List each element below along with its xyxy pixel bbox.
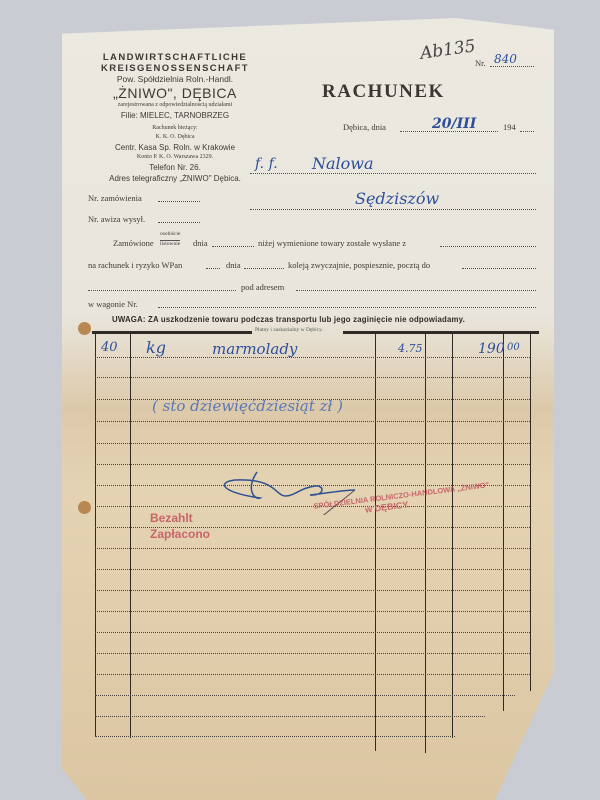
table-row-line [95, 736, 455, 737]
date-value: 20/III [432, 116, 476, 132]
item-total-zl: 190 [478, 341, 505, 357]
table-row-line [95, 569, 530, 570]
account-risk-field[interactable] [206, 268, 220, 269]
column-line-2 [130, 333, 131, 738]
central-bank: Centr. Kasa Sp. Roln. w Krakowie [80, 142, 270, 153]
amount-in-words: ( sto dziewięćdziesiąt zł ) [152, 397, 343, 415]
column-line-7 [530, 333, 531, 691]
paid-stamp-pl: Zapłacono [150, 527, 210, 541]
recipient-line-1 [250, 173, 536, 174]
ordered-label: Zamówione [113, 238, 154, 248]
table-row-line [95, 611, 530, 612]
number-label: Nr. [475, 58, 486, 68]
letterhead: LANDWIRTSCHAFTLICHE KREISGENOSSENSCHAFT … [80, 52, 270, 184]
org-registry: zarejestrowana z odpowiedzialnością udzi… [80, 101, 270, 110]
table-row-line [95, 421, 530, 422]
shipped-from-field[interactable] [440, 246, 536, 247]
table-row-line [95, 632, 530, 633]
org-name: „ŻNIWO", DĘBICA [80, 85, 270, 101]
table-row-line [95, 377, 530, 378]
table-row-line [95, 674, 530, 675]
destination-field[interactable] [462, 268, 536, 269]
rule-right [343, 331, 539, 334]
ordered-option-personally: osobiście [160, 231, 180, 237]
item-description: marmolady [212, 340, 297, 358]
column-line-3 [375, 333, 376, 751]
ordered-option-letter: listownie [160, 240, 180, 247]
org-line-1: LANDWIRTSCHAFTLICHE [80, 52, 270, 63]
document-title: RACHUNEK [322, 81, 445, 103]
order-number-label: Nr. zamówienia [88, 193, 142, 203]
account-label: Rachunek bieżący: [80, 124, 270, 133]
column-line-1 [95, 333, 96, 736]
advice-number-field[interactable] [158, 222, 200, 223]
recipient-prefix: f. f. [255, 156, 278, 172]
table-row-line [95, 716, 485, 717]
signature [215, 470, 365, 515]
recipient-name: Nalowa [312, 154, 374, 173]
year-prefix: 194 [503, 122, 516, 132]
org-branches: Filie: MIELEC, TARNOBRZEG [80, 110, 270, 121]
payable-note: Płatny i zaskarżalny w Dębicy. [255, 327, 323, 333]
paid-stamp-de: Bezahlt [150, 511, 193, 525]
pko-account: Konto P. K. O. Warszawa 2329. [80, 153, 270, 162]
table-row-line [95, 653, 530, 654]
table-row-line [95, 548, 530, 549]
item-price: 4.75 [398, 342, 423, 355]
invoice-number: 840 [494, 52, 517, 66]
liability-warning: UWAGA: ZA uszkodzenie towaru podczas tra… [112, 315, 465, 324]
table-row-line [95, 590, 530, 591]
shipped-text: niżej wymienione towary zostałe wysłane … [258, 238, 406, 248]
item-total-gr: 00 [507, 342, 520, 353]
item-qty: 40 [101, 340, 118, 355]
year-line [520, 131, 534, 132]
recipient-city: Sędziszów [355, 189, 439, 208]
transport-text: koleją zwyczajnie, pospiesznie, pocztą d… [288, 260, 430, 270]
table-row-line [95, 443, 530, 444]
address-field[interactable] [296, 290, 536, 291]
account-risk-label: na rachunek i ryzyko WPan [88, 260, 182, 270]
phone: Telefon Nr. 26. [80, 162, 270, 173]
place-date-label: Dębica, dnia [343, 122, 386, 132]
wagon-number-field[interactable] [158, 307, 536, 308]
address-prefix-field[interactable] [88, 290, 236, 291]
recipient-line-2 [250, 209, 536, 210]
column-line-6 [503, 333, 504, 711]
table-row-line [95, 695, 515, 696]
ordered-date-label: dnia [193, 238, 208, 248]
shipment-date-field[interactable] [244, 268, 284, 269]
account-bank: K. K. O. Dębica [80, 133, 270, 142]
ordered-date-field[interactable] [212, 246, 254, 247]
number-line [490, 66, 534, 67]
org-line-3: Pow. Spółdzielnia Roln.-Handl. [80, 74, 270, 85]
telegraph-address: Adres telegraficzny „ŻNIWO" Dębica. [80, 173, 270, 184]
column-line-5 [452, 333, 453, 738]
table-row-line [95, 464, 530, 465]
rule-left [92, 331, 252, 334]
org-line-2: KREISGENOSSENSCHAFT [80, 63, 270, 74]
shipment-date-label: dnia [226, 260, 241, 270]
table-row-line [95, 357, 530, 358]
column-line-4 [425, 333, 426, 753]
item-unit: kg [146, 338, 166, 357]
wagon-label: w wagonie Nr. [88, 299, 138, 309]
punch-hole-top [78, 322, 91, 335]
punch-hole-bottom [78, 501, 91, 514]
order-number-field[interactable] [158, 201, 200, 202]
address-label: pod adresem [241, 282, 284, 292]
advice-number-label: Nr. awiza wysył. [88, 214, 145, 224]
